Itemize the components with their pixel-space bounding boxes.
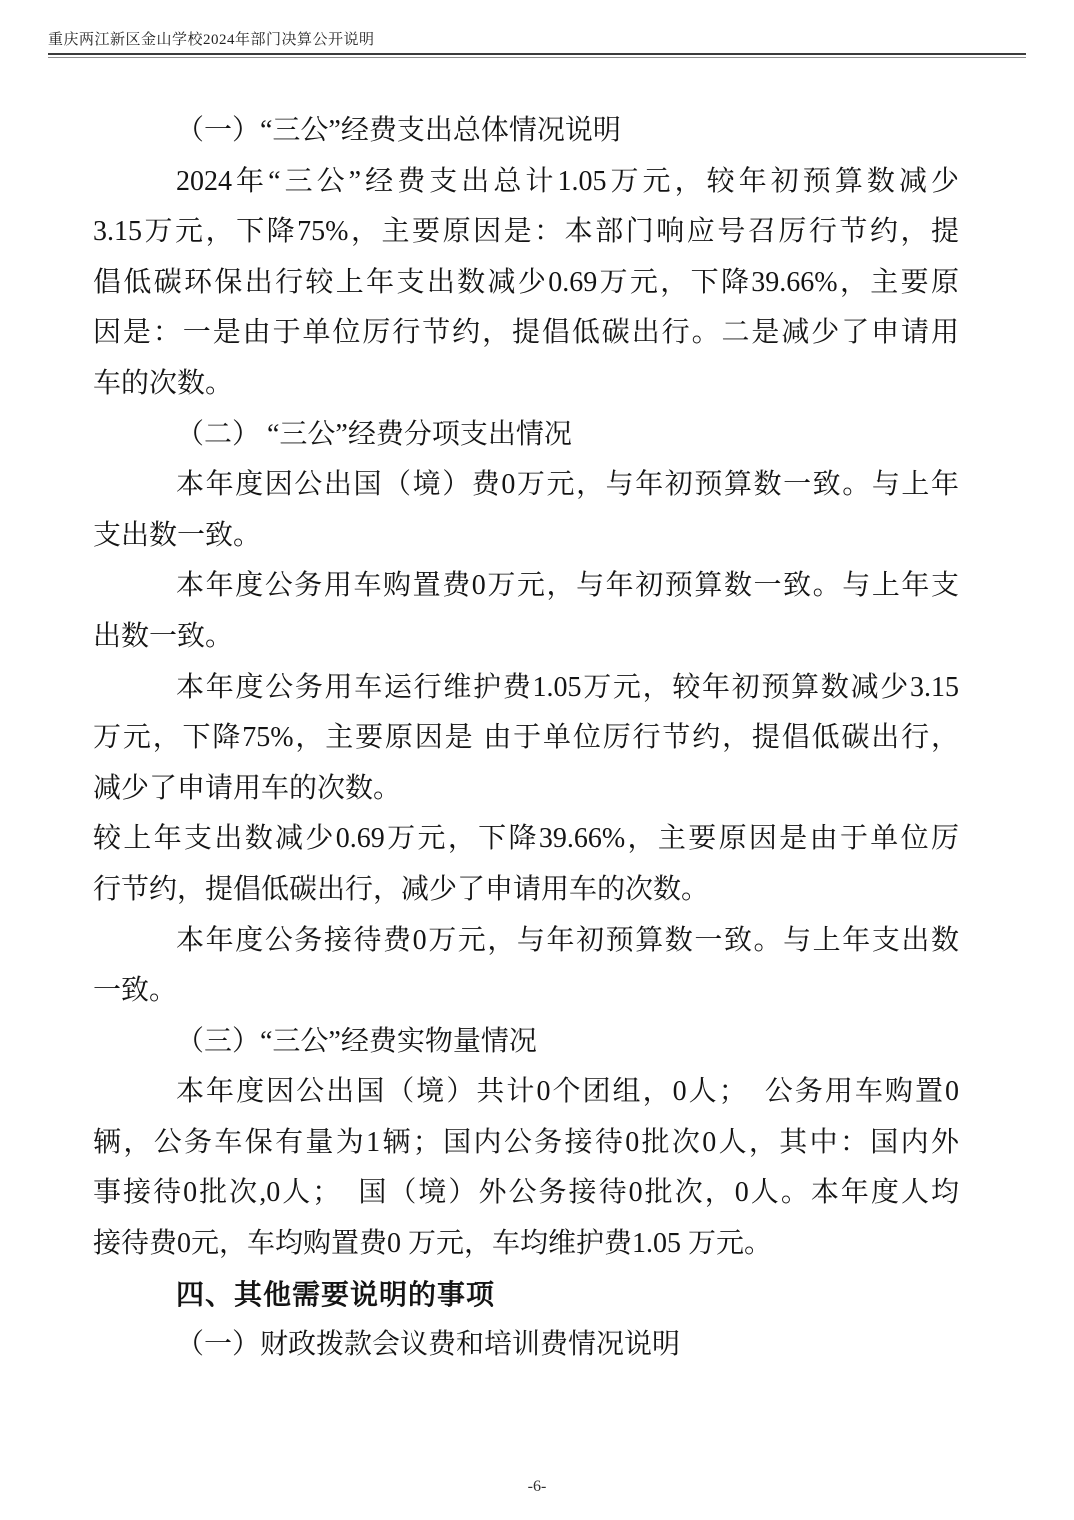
text-line: 本年度因公出国（境）共计0个团组，0人； 公务用车购置0	[93, 1067, 959, 1118]
section-heading: （一）财政拨款会议费和培训费情况说明	[93, 1320, 959, 1371]
text-line: 倡低碳环保出行较上年支出数减少0.69万元，下降39.66%，主要原	[93, 258, 959, 309]
document-page: 重庆两江新区金山学校2024年部门决算公开说明 （一）“三公”经费支出总体情况说…	[0, 0, 1074, 1520]
text-line: 因是：一是由于单位厉行节约，提倡低碳出行。二是减少了申请用	[93, 308, 959, 359]
text-line: 较上年支出数减少0.69万元，下降39.66%，主要原因是由于单位厉	[93, 814, 959, 865]
text-line: 本年度因公出国（境）费0万元，与年初预算数一致。与上年	[93, 460, 959, 511]
header-rule	[48, 53, 1026, 58]
text-line: 本年度公务接待费0万元，与年初预算数一致。与上年支出数	[93, 916, 959, 967]
text-line: 减少了申请用车的次数。	[93, 764, 959, 815]
text-line: 辆，公务车保有量为1辆；国内公务接待0批次0人，其中：国内外	[93, 1118, 959, 1169]
text-line: 万元，下降75%，主要原因是 由于单位厉行节约，提倡低碳出行，	[93, 713, 959, 764]
text-line: 车的次数。	[93, 359, 959, 410]
document-body: （一）“三公”经费支出总体情况说明 2024年“三公”经费支出总计1.05万元，…	[93, 106, 959, 1371]
text-line: 本年度公务用车运行维护费1.05万元，较年初预算数减少3.15	[93, 663, 959, 714]
text-line: 支出数一致。	[93, 511, 959, 562]
text-line: 一致。	[93, 966, 959, 1017]
major-heading: 四、其他需要说明的事项	[93, 1270, 959, 1321]
text-line: 本年度公务用车购置费0万元，与年初预算数一致。与上年支	[93, 561, 959, 612]
text-line: 行节约，提倡低碳出行，减少了申请用车的次数。	[93, 865, 959, 916]
section-heading: （二） “三公”经费分项支出情况	[93, 410, 959, 461]
text-line: 2024年“三公”经费支出总计1.05万元，较年初预算数减少	[93, 157, 959, 208]
text-line: 3.15万元，下降75%，主要原因是：本部门响应号召厉行节约，提	[93, 207, 959, 258]
text-line: 出数一致。	[93, 612, 959, 663]
section-heading: （一）“三公”经费支出总体情况说明	[93, 106, 959, 157]
page-header: 重庆两江新区金山学校2024年部门决算公开说明	[48, 30, 1026, 58]
text-line: 事接待0批次,0人； 国（境）外公务接待0批次，0人。本年度人均	[93, 1168, 959, 1219]
section-heading: （三）“三公”经费实物量情况	[93, 1017, 959, 1068]
text-line: 接待费0元，车均购置费0 万元，车均维护费1.05 万元。	[93, 1219, 959, 1270]
page-header-title: 重庆两江新区金山学校2024年部门决算公开说明	[48, 30, 1026, 50]
page-number: -6-	[0, 1478, 1074, 1496]
